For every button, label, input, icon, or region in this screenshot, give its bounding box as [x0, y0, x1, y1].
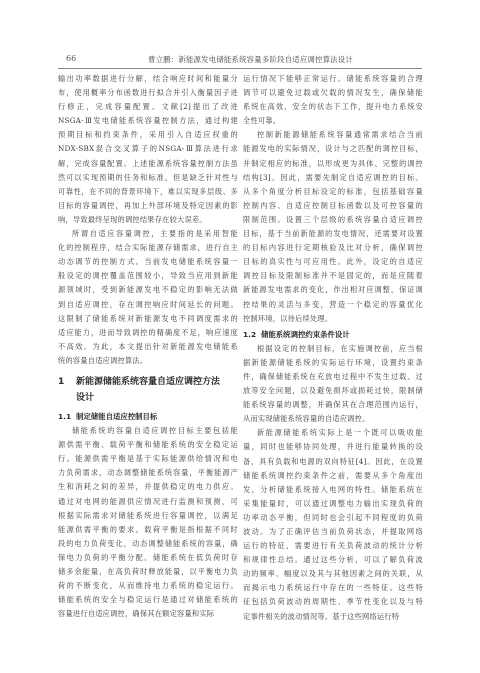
subsection-heading-1-2: 1.2储能系统调控约束条件设计 [243, 328, 423, 342]
page-number: 66 [66, 54, 76, 63]
text-line: 根据实际需求对储能系统进行容量调控，以满足 [58, 509, 238, 523]
running-title: 曹立鹏：新能源发电储能系统容量多阶段自适应调控算法设计 [148, 54, 353, 65]
text-line: 解，完成容量配置。上述能源系统容量控制方法虽 [58, 157, 238, 171]
section-title-continued: 设计 [58, 390, 238, 406]
text-line: 征包括负荷波动的周期性、季节性变化以及与特 [243, 595, 423, 609]
text-line: 容量进行自适应调控，确保其在额定容量和实际 [58, 607, 238, 621]
text-line: 不高效。为此，本文提出针对新能源发电储能系 [58, 340, 238, 354]
paragraph: 新能源储能系统实际上是一个既可以吸收能量，同时也能够协同处理，并进行能量转换的设… [243, 426, 423, 623]
text-line: 结构[3]。因此，需要先制定自适应调控的目标。 [243, 171, 423, 185]
text-line: 控制内容、自适应控制目标函数以及可控容量的 [243, 199, 423, 213]
text-line: 据新能源储能系统的实际运行环境，设置约束条 [243, 356, 423, 370]
text-line: 保电力负荷的平衡分配。储能系统在低负荷时存 [58, 551, 238, 565]
text-line: 目标的容量调控，再加上外部环境及特定因素的影 [58, 199, 238, 213]
text-line: 源供需平衡、载荷平衡和储能系统的安全稳定运 [58, 438, 238, 452]
text-line: 所谓自适应容量调控，主要指的是采用智能 [58, 227, 238, 241]
text-line: 段的电力负荷变化，动态调整储能系统的容量，确 [58, 537, 238, 551]
paragraph: 控制新能源储能系统容量通常需求结合当前能源发电的实际情况，设计与之匹配的调控目标… [243, 128, 423, 325]
section-title: 新能源储能系统容量自适应调控方法 [76, 377, 220, 387]
text-line: 力负荷需求，动态调整储能系统容量，平衡能源产 [58, 466, 238, 480]
text-line: 可靠性，在不同的背景环境下，难以实现多层级、多 [58, 185, 238, 199]
text-line: 从而实现储能系统容量的自适应调控。 [243, 412, 423, 426]
text-line: 布，使用概率分布函数进行拟合并引入衡量因子进 [58, 86, 238, 100]
text-line: 输出功率数据进行分解，结合响应时间和能量分 [58, 72, 238, 86]
text-line: 动态调节的控制方式。当前发电储能系统容量一 [58, 255, 238, 269]
text-line: 调节可以避免过载或欠载的情况发生，确保储能 [243, 86, 423, 100]
paragraph: 所谓自适应容量调控，主要指的是采用智能化的控制程序，结合实际能源存储需求，进行自… [58, 227, 238, 368]
text-line: 储多余能量，在高负荷时释放能量，以平衡电力负 [58, 565, 238, 579]
text-line: 能源供需平衡的要求。载荷平衡是指根据不同时 [58, 523, 238, 537]
text-line: 和规律性总结。通过这些分析，可以了解负荷波 [243, 553, 423, 567]
left-column: 输出功率数据进行分解，结合响应时间和能量分布，使用概率分布函数进行拟合并引入衡量… [58, 72, 238, 621]
text-line: NDX-SBX混合交叉算子的NSGA-Ⅲ算法进行求 [58, 142, 238, 156]
right-column: 运行情况下能够正常运行。储能系统容量的合理调节可以避免过载或欠载的情况发生，确保… [243, 72, 423, 624]
text-line: 目标的真实性与可应用性。此外，设定的自适应 [243, 255, 423, 269]
text-line: 限制范围。设置三个层级的系统容量自适应调控 [243, 213, 423, 227]
subsection-number: 1.2 [243, 328, 261, 342]
text-line: 然可以实现预期的任务和标准，但是缺乏针对性与 [58, 171, 238, 185]
text-line: 波动。为了正确评估当前负荷状态，并提取网络 [243, 525, 423, 539]
text-line: 控制环境，以待后续处理。 [243, 312, 423, 326]
text-line: 荷的不断变化，从而维持电力系统的稳定运行。 [58, 579, 238, 593]
subsection-heading-1-1: 1.1制定储能自适应控制目标 [58, 410, 238, 424]
paragraph: 根据设定的控制目标，在实施调控前，应当根据新能源储能系统的实际运行环境，设置约束… [243, 342, 423, 427]
running-header: 66 曹立鹏：新能源发电储能系统容量多阶段自适应调控算法设计 [58, 54, 422, 68]
text-line: 采集能量时，可以通过调整电力输出实现负荷的 [243, 497, 423, 511]
text-line: 储能系统调控约束条件之前，需要从多个角度出 [243, 469, 423, 483]
subsection-title: 储能系统调控约束条件设计 [261, 330, 350, 339]
text-line: 行修正，完成容量配置。文献[2]提出了改进 [58, 100, 238, 114]
text-line: 定事件相关的波动情况等。基于这些网络运行特 [243, 610, 423, 624]
text-line: 储能系统的容量自适应调控目标主要包括能 [58, 424, 238, 438]
text-line: 适应能力，进而导致调控的精确度不足，响应速度 [58, 326, 238, 340]
text-line: 控结果的灵活与多变，营造一个稳定的容量优化 [243, 298, 423, 312]
text-line: 控制新能源储能系统容量通常需求结合当前 [243, 128, 423, 142]
text-line: 新能源储能系统实际上是一个既可以吸收能 [243, 426, 423, 440]
text-line: 储能系统的安全与稳定运行是通过对储能系统的 [58, 593, 238, 607]
text-line: 量，同时也能够协同处理，并进行能量转换的设 [243, 440, 423, 454]
text-line: 并制定相应的标准，以形成更为具体、完整的调控 [243, 157, 423, 171]
text-line: 从多个角度分析目标设定的标准，包括基础容量 [243, 185, 423, 199]
text-line: 的目标内容进行定期核验及比对分析，确保调控 [243, 241, 423, 255]
text-line: 全性可靠。 [243, 114, 423, 128]
paragraph: 运行情况下能够正常运行。储能系统容量的合理调节可以避免过载或欠载的情况发生，确保… [243, 72, 423, 128]
subsection-number: 1.1 [58, 410, 76, 424]
text-line: 统的容量自适应调控算法。 [58, 354, 238, 368]
text-line: 调控目标及限制标准并不是固定的，而是应随着 [243, 269, 423, 283]
text-line: NSGA-Ⅲ发电储能系统容量控制方法，通过构建 [58, 114, 238, 128]
text-line: 新能源发电需求的变化，作出相对应调整，保证调 [243, 283, 423, 297]
text-line: 运行的特征，需要进行有关负荷波动的统计分析 [243, 539, 423, 553]
text-line: 根据设定的控制目标，在实施调控前，应当根 [243, 342, 423, 356]
section-number: 1 [58, 374, 76, 390]
text-line: 能源发电的实际情况，设计与之匹配的调控目标， [243, 142, 423, 156]
text-line: 般设定的调控覆盖范围较小，导致当应用到新能 [58, 269, 238, 283]
text-line: 件，确保储能系统在充放电过程中不发生过载、过 [243, 370, 423, 384]
text-line: 通过对电网的能源供应情况进行监测和预测，可 [58, 495, 238, 509]
text-line: 而揭示电力系统运行中存在的一些特征。这些特 [243, 581, 423, 595]
section-heading-1: 1新能源储能系统容量自适应调控方法 设计 [58, 374, 238, 406]
text-line: 运行情况下能够正常运行。储能系统容量的合理 [243, 72, 423, 86]
paragraph: 储能系统的容量自适应调控目标主要包括能源供需平衡、载荷平衡和储能系统的安全稳定运… [58, 424, 238, 621]
text-line: 预期目标和约束条件，采用引入自适应权重的 [58, 128, 238, 142]
text-line: 备，具有负载和电源的双向特征[4]。因此，在设置 [243, 455, 423, 469]
text-line: 功率动态平衡，但同时也会引起不同程度的负荷 [243, 511, 423, 525]
text-line: 这限制了储能系统对新能源发电不同调度需求的 [58, 312, 238, 326]
paragraph: 输出功率数据进行分解，结合响应时间和能量分布，使用概率分布函数进行拟合并引入衡量… [58, 72, 238, 227]
text-line: 化的控制程序，结合实际能源存储需求，进行自主 [58, 241, 238, 255]
text-line: 到自适应调控，存在调控响应时间延长的问题。 [58, 298, 238, 312]
subsection-title: 制定储能自适应控制目标 [76, 412, 157, 421]
text-line: 动的频率、幅度以及其与其他因素之间的关联，从 [243, 567, 423, 581]
text-line: 生和消耗之间的差异，并提供稳定的电力供应。 [58, 480, 238, 494]
text-line: 行。能源供需平衡是基于实际能源供给情况和电 [58, 452, 238, 466]
text-line: 响，导致最终呈现的调控结果存在较大误差。 [58, 213, 238, 227]
text-line: 放等安全问题，以及避免损坏或损耗过快，限制储 [243, 384, 423, 398]
text-line: 发，分析储能系统接入电网的特性。储能系统在 [243, 483, 423, 497]
header-rule [58, 68, 422, 69]
text-line: 目标，基于当前新能源的发电情况，还需要对设置 [243, 227, 423, 241]
text-line: 能系统容量的调整，并确保其在合理范围内运行， [243, 398, 423, 412]
text-line: 系统在高效、安全的状态下工作，提升电力系统安 [243, 100, 423, 114]
text-line: 源领域时，受到新能源发电不稳定的影响无法做 [58, 283, 238, 297]
